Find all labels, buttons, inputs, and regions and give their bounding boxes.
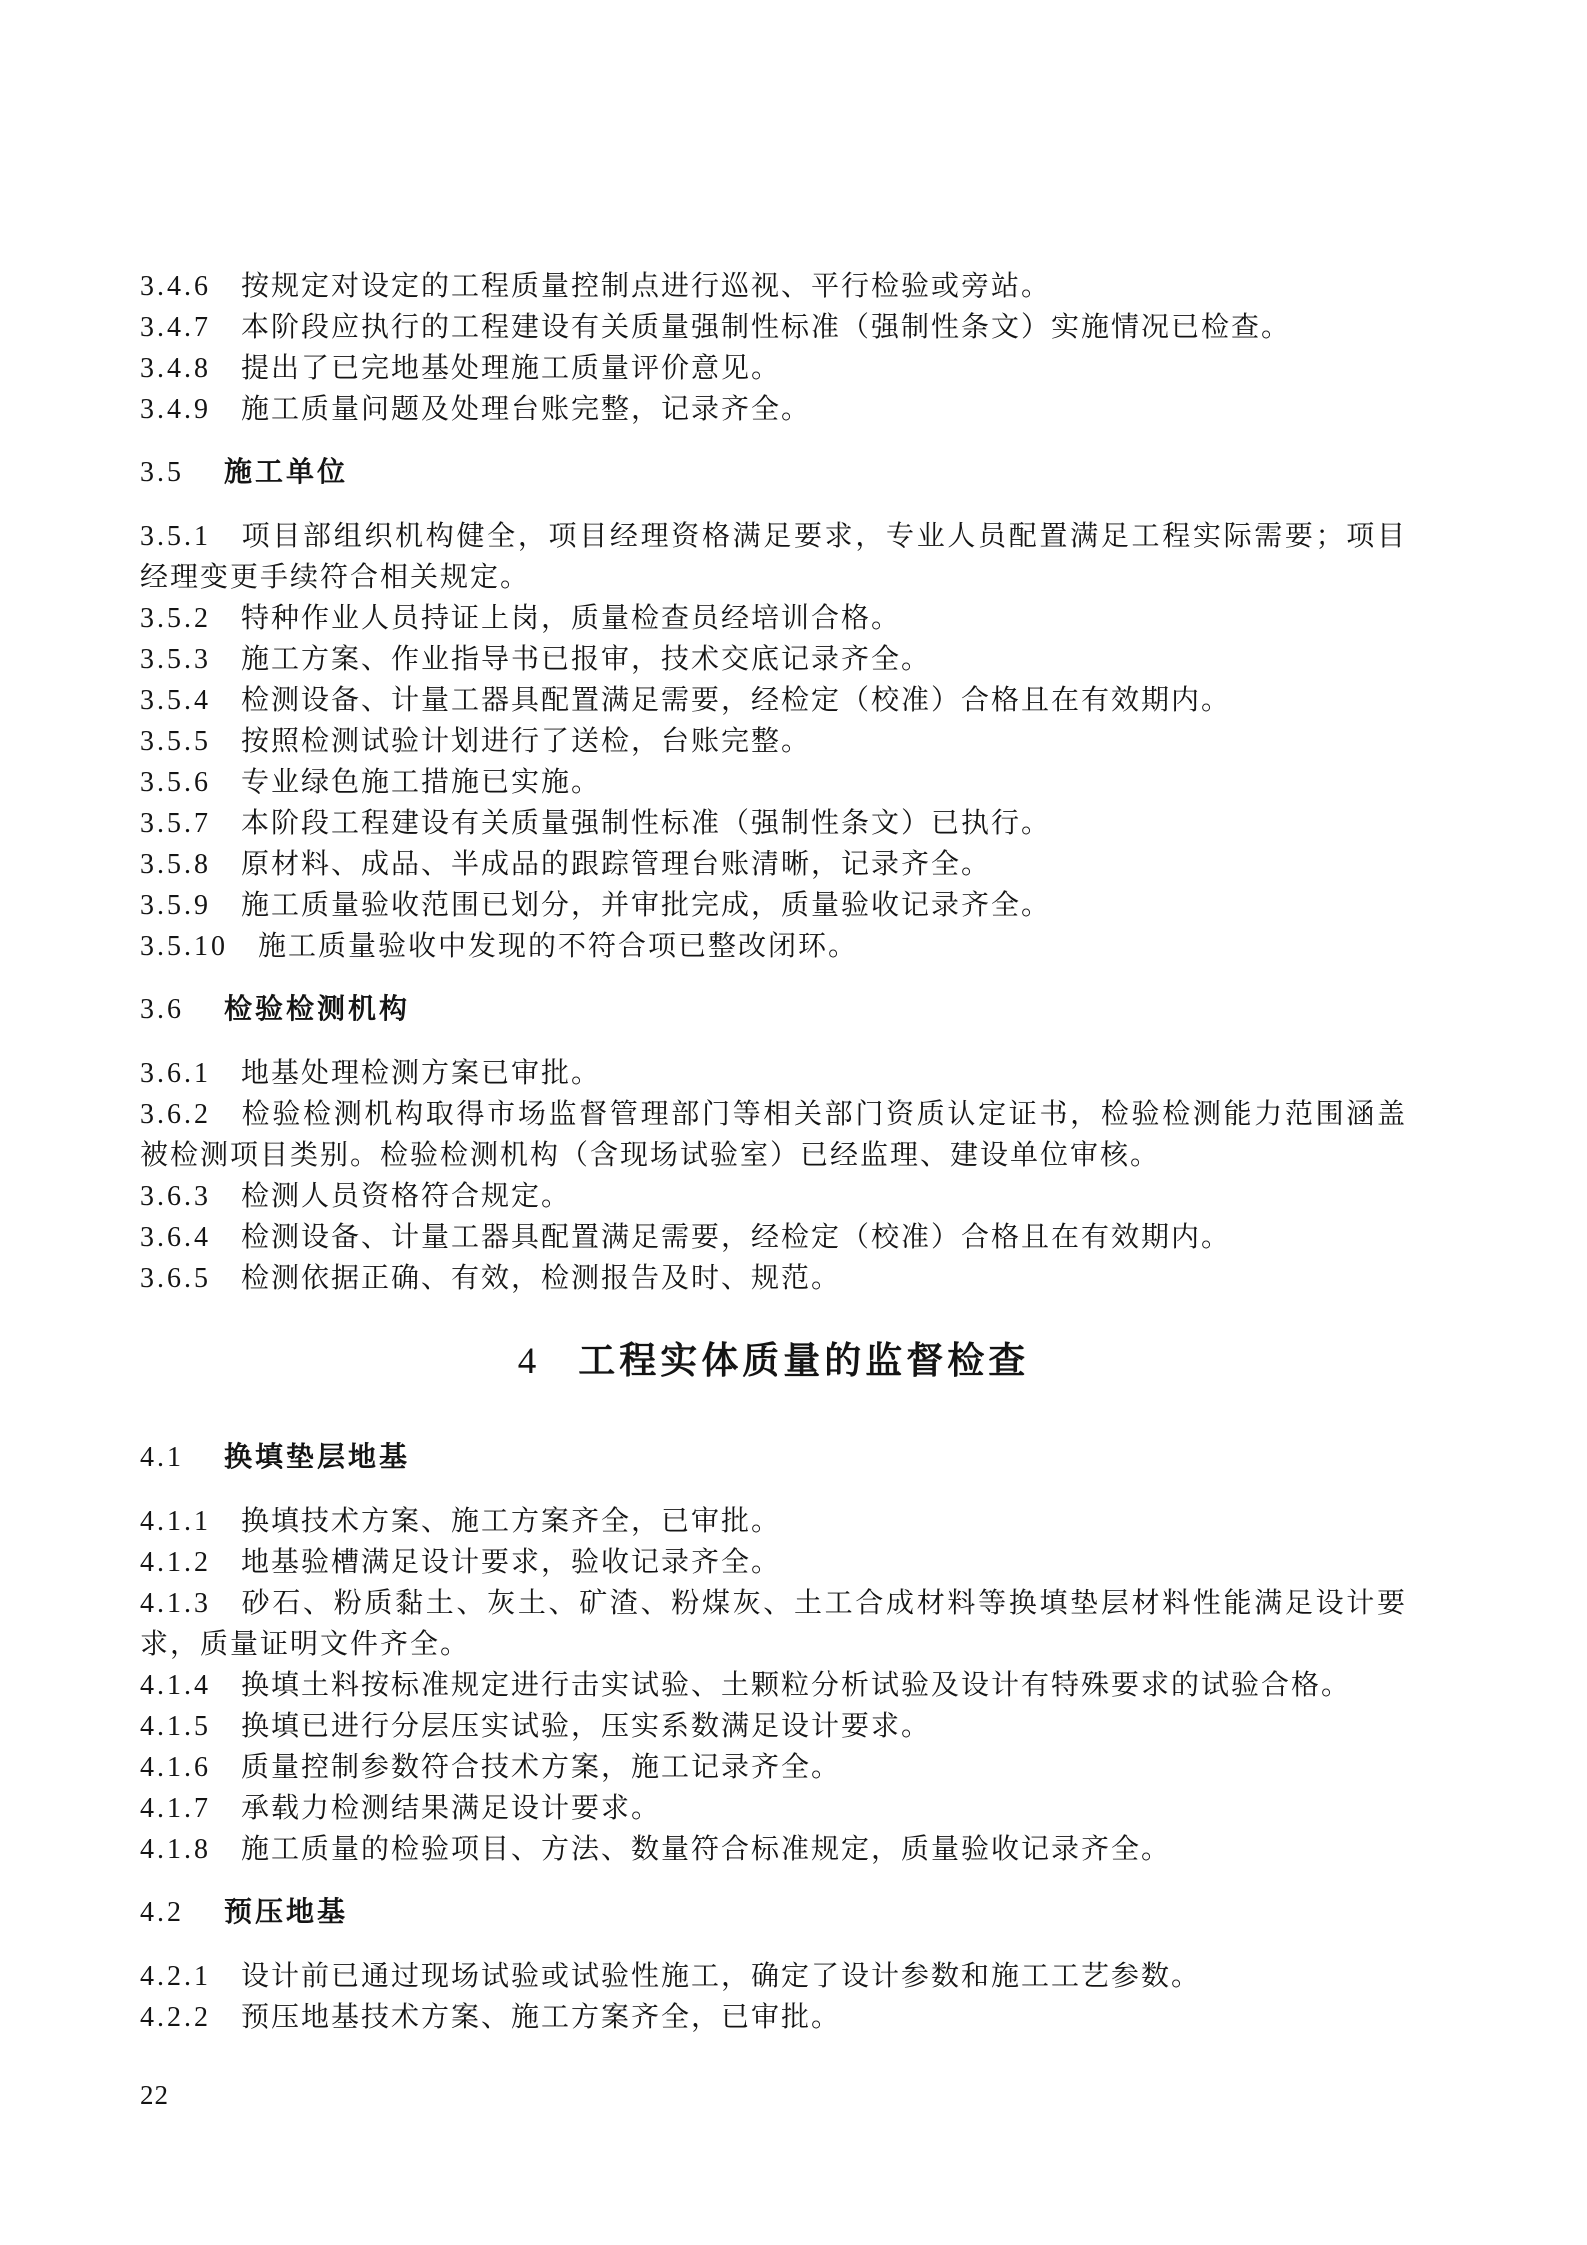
clause-text: 承载力检测结果满足设计要求。 (241, 1793, 661, 1824)
clause-3.5.1: 3.5.1项目部组织机构健全，项目经理资格满足要求，专业人员配置满足工程实际需要… (140, 516, 1407, 598)
clause-number: 4.1.5 (140, 1711, 211, 1742)
section-title: 检验检测机构 (224, 993, 410, 1024)
clause-number: 3.5.5 (140, 726, 211, 757)
clause-3.5.9: 3.5.9施工质量验收范围已划分，并审批完成，质量验收记录齐全。 (140, 885, 1407, 926)
clause-text: 特种作业人员持证上岗，质量检查员经培训合格。 (241, 603, 901, 634)
clause-4.2.2: 4.2.2预压地基技术方案、施工方案齐全，已审批。 (140, 1997, 1407, 2038)
clause-text: 提出了已完地基处理施工质量评价意见。 (241, 353, 781, 384)
clause-3.4.8: 3.4.8提出了已完地基处理施工质量评价意见。 (140, 348, 1407, 389)
clause-text: 施工质量验收中发现的不符合项已整改闭环。 (258, 931, 858, 962)
clause-3.4.9: 3.4.9施工质量问题及处理台账完整，记录齐全。 (140, 389, 1407, 430)
document-page: 3.4.6按规定对设定的工程质量控制点进行巡视、平行检验或旁站。 3.4.7本阶… (0, 0, 1587, 2245)
clause-number: 3.5.8 (140, 849, 211, 880)
clause-text: 换填技术方案、施工方案齐全，已审批。 (241, 1506, 781, 1537)
clause-number: 4.2.1 (140, 1961, 211, 1992)
clause-3.5.3: 3.5.3施工方案、作业指导书已报审，技术交底记录齐全。 (140, 639, 1407, 680)
clause-number: 3.5.7 (140, 808, 211, 839)
clause-3.6.4: 3.6.4检测设备、计量工器具配置满足需要，经检定（校准）合格且在有效期内。 (140, 1217, 1407, 1258)
clause-4.1.6: 4.1.6质量控制参数符合技术方案，施工记录齐全。 (140, 1747, 1407, 1788)
clause-number: 3.5.4 (140, 685, 211, 716)
clause-text: 换填已进行分层压实试验，压实系数满足设计要求。 (241, 1711, 931, 1742)
clause-3.4.6: 3.4.6按规定对设定的工程质量控制点进行巡视、平行检验或旁站。 (140, 266, 1407, 307)
section-heading-3.6: 3.6检验检测机构 (140, 988, 1407, 1030)
section-title: 预压地基 (224, 1896, 348, 1927)
clause-number: 3.5.10 (140, 931, 228, 962)
clause-text: 施工质量验收范围已划分，并审批完成，质量验收记录齐全。 (241, 890, 1051, 921)
clause-number: 3.6.4 (140, 1222, 211, 1253)
section-number: 4.1 (140, 1442, 184, 1473)
clause-number: 3.4.6 (140, 271, 211, 302)
clause-4.1.5: 4.1.5换填已进行分层压实试验，压实系数满足设计要求。 (140, 1706, 1407, 1747)
section-title: 施工单位 (224, 456, 348, 487)
clause-number: 3.6.1 (140, 1058, 211, 1089)
clause-number: 3.5.3 (140, 644, 211, 675)
clause-text: 检测依据正确、有效，检测报告及时、规范。 (241, 1263, 841, 1294)
chapter-title: 工程实体质量的监督检查 (578, 1340, 1029, 1381)
clause-3.5.2: 3.5.2特种作业人员持证上岗，质量检查员经培训合格。 (140, 598, 1407, 639)
section-title: 换填垫层地基 (224, 1441, 410, 1472)
clause-4.2.1: 4.2.1设计前已通过现场试验或试验性施工，确定了设计参数和施工工艺参数。 (140, 1956, 1407, 1997)
clause-number: 3.5.9 (140, 890, 211, 921)
clause-3.6.3: 3.6.3检测人员资格符合规定。 (140, 1176, 1407, 1217)
clause-number: 4.1.6 (140, 1752, 211, 1783)
clause-3.6.2: 3.6.2检验检测机构取得市场监督管理部门等相关部门资质认定证书，检验检测能力范… (140, 1094, 1407, 1176)
clause-number: 4.2.2 (140, 2002, 211, 2033)
clause-3.6.5: 3.6.5检测依据正确、有效，检测报告及时、规范。 (140, 1258, 1407, 1299)
clause-text: 检验检测机构取得市场监督管理部门等相关部门资质认定证书，检验检测能力范围涵盖被检… (140, 1099, 1407, 1171)
clause-3.5.10: 3.5.10施工质量验收中发现的不符合项已整改闭环。 (140, 926, 1407, 967)
clause-text: 砂石、粉质黏土、灰土、矿渣、粉煤灰、土工合成材料等换填垫层材料性能满足设计要求，… (140, 1588, 1407, 1660)
clause-3.6.1: 3.6.1地基处理检测方案已审批。 (140, 1053, 1407, 1094)
clause-text: 地基处理检测方案已审批。 (241, 1058, 601, 1089)
clause-number: 4.1.4 (140, 1670, 211, 1701)
clause-text: 地基验槽满足设计要求，验收记录齐全。 (241, 1547, 781, 1578)
clause-3.5.8: 3.5.8原材料、成品、半成品的跟踪管理台账清晰，记录齐全。 (140, 844, 1407, 885)
section-number: 3.6 (140, 994, 184, 1025)
clause-3.5.4: 3.5.4检测设备、计量工器具配置满足需要，经检定（校准）合格且在有效期内。 (140, 680, 1407, 721)
section-heading-4.1: 4.1换填垫层地基 (140, 1436, 1407, 1478)
page-number: 22 (140, 2080, 169, 2111)
clause-4.1.1: 4.1.1换填技术方案、施工方案齐全，已审批。 (140, 1501, 1407, 1542)
clause-text: 本阶段应执行的工程建设有关质量强制性标准（强制性条文）实施情况已检查。 (241, 312, 1291, 343)
clause-text: 检测人员资格符合规定。 (241, 1181, 571, 1212)
clause-text: 检测设备、计量工器具配置满足需要，经检定（校准）合格且在有效期内。 (241, 685, 1231, 716)
clause-number: 3.5.2 (140, 603, 211, 634)
clause-text: 设计前已通过现场试验或试验性施工，确定了设计参数和施工工艺参数。 (241, 1961, 1201, 1992)
chapter-heading-4: 4工程实体质量的监督检查 (140, 1335, 1407, 1388)
clause-text: 施工质量问题及处理台账完整，记录齐全。 (241, 394, 811, 425)
clause-4.1.2: 4.1.2地基验槽满足设计要求，验收记录齐全。 (140, 1542, 1407, 1583)
clause-text: 按规定对设定的工程质量控制点进行巡视、平行检验或旁站。 (241, 271, 1051, 302)
clause-3.5.7: 3.5.7本阶段工程建设有关质量强制性标准（强制性条文）已执行。 (140, 803, 1407, 844)
clause-text: 按照检测试验计划进行了送检，台账完整。 (241, 726, 811, 757)
clause-4.1.3: 4.1.3砂石、粉质黏土、灰土、矿渣、粉煤灰、土工合成材料等换填垫层材料性能满足… (140, 1583, 1407, 1665)
section-heading-4.2: 4.2预压地基 (140, 1891, 1407, 1933)
clause-3.5.5: 3.5.5按照检测试验计划进行了送检，台账完整。 (140, 721, 1407, 762)
clause-4.1.4: 4.1.4换填土料按标准规定进行击实试验、土颗粒分析试验及设计有特殊要求的试验合… (140, 1665, 1407, 1706)
clause-number: 3.6.2 (140, 1099, 211, 1130)
clause-number: 3.4.8 (140, 353, 211, 384)
clause-number: 3.4.9 (140, 394, 211, 425)
section-heading-3.5: 3.5施工单位 (140, 451, 1407, 493)
clause-number: 3.5.6 (140, 767, 211, 798)
clause-text: 换填土料按标准规定进行击实试验、土颗粒分析试验及设计有特殊要求的试验合格。 (241, 1670, 1351, 1701)
clause-4.1.8: 4.1.8施工质量的检验项目、方法、数量符合标准规定，质量验收记录齐全。 (140, 1829, 1407, 1870)
clause-text: 预压地基技术方案、施工方案齐全，已审批。 (241, 2002, 841, 2033)
clause-text: 施工方案、作业指导书已报审，技术交底记录齐全。 (241, 644, 931, 675)
clause-3.5.6: 3.5.6专业绿色施工措施已实施。 (140, 762, 1407, 803)
clause-number: 4.1.1 (140, 1506, 211, 1537)
clause-number: 3.5.1 (140, 521, 211, 552)
clause-text: 检测设备、计量工器具配置满足需要，经检定（校准）合格且在有效期内。 (241, 1222, 1231, 1253)
clause-4.1.7: 4.1.7承载力检测结果满足设计要求。 (140, 1788, 1407, 1829)
clause-number: 4.1.2 (140, 1547, 211, 1578)
clause-text: 原材料、成品、半成品的跟踪管理台账清晰，记录齐全。 (241, 849, 991, 880)
clause-text: 项目部组织机构健全，项目经理资格满足要求，专业人员配置满足工程实际需要；项目经理… (140, 521, 1407, 593)
clause-text: 质量控制参数符合技术方案，施工记录齐全。 (241, 1752, 841, 1783)
section-number: 3.5 (140, 457, 184, 488)
clause-number: 4.1.3 (140, 1588, 211, 1619)
section-number: 4.2 (140, 1897, 184, 1928)
clause-text: 施工质量的检验项目、方法、数量符合标准规定，质量验收记录齐全。 (241, 1834, 1171, 1865)
clause-number: 3.6.5 (140, 1263, 211, 1294)
clause-number: 3.6.3 (140, 1181, 211, 1212)
clause-text: 专业绿色施工措施已实施。 (241, 767, 601, 798)
clause-number: 3.4.7 (140, 312, 211, 343)
clause-text: 本阶段工程建设有关质量强制性标准（强制性条文）已执行。 (241, 808, 1051, 839)
clause-3.4.7: 3.4.7本阶段应执行的工程建设有关质量强制性标准（强制性条文）实施情况已检查。 (140, 307, 1407, 348)
clause-number: 4.1.8 (140, 1834, 211, 1865)
chapter-number: 4 (518, 1341, 539, 1382)
clause-number: 4.1.7 (140, 1793, 211, 1824)
